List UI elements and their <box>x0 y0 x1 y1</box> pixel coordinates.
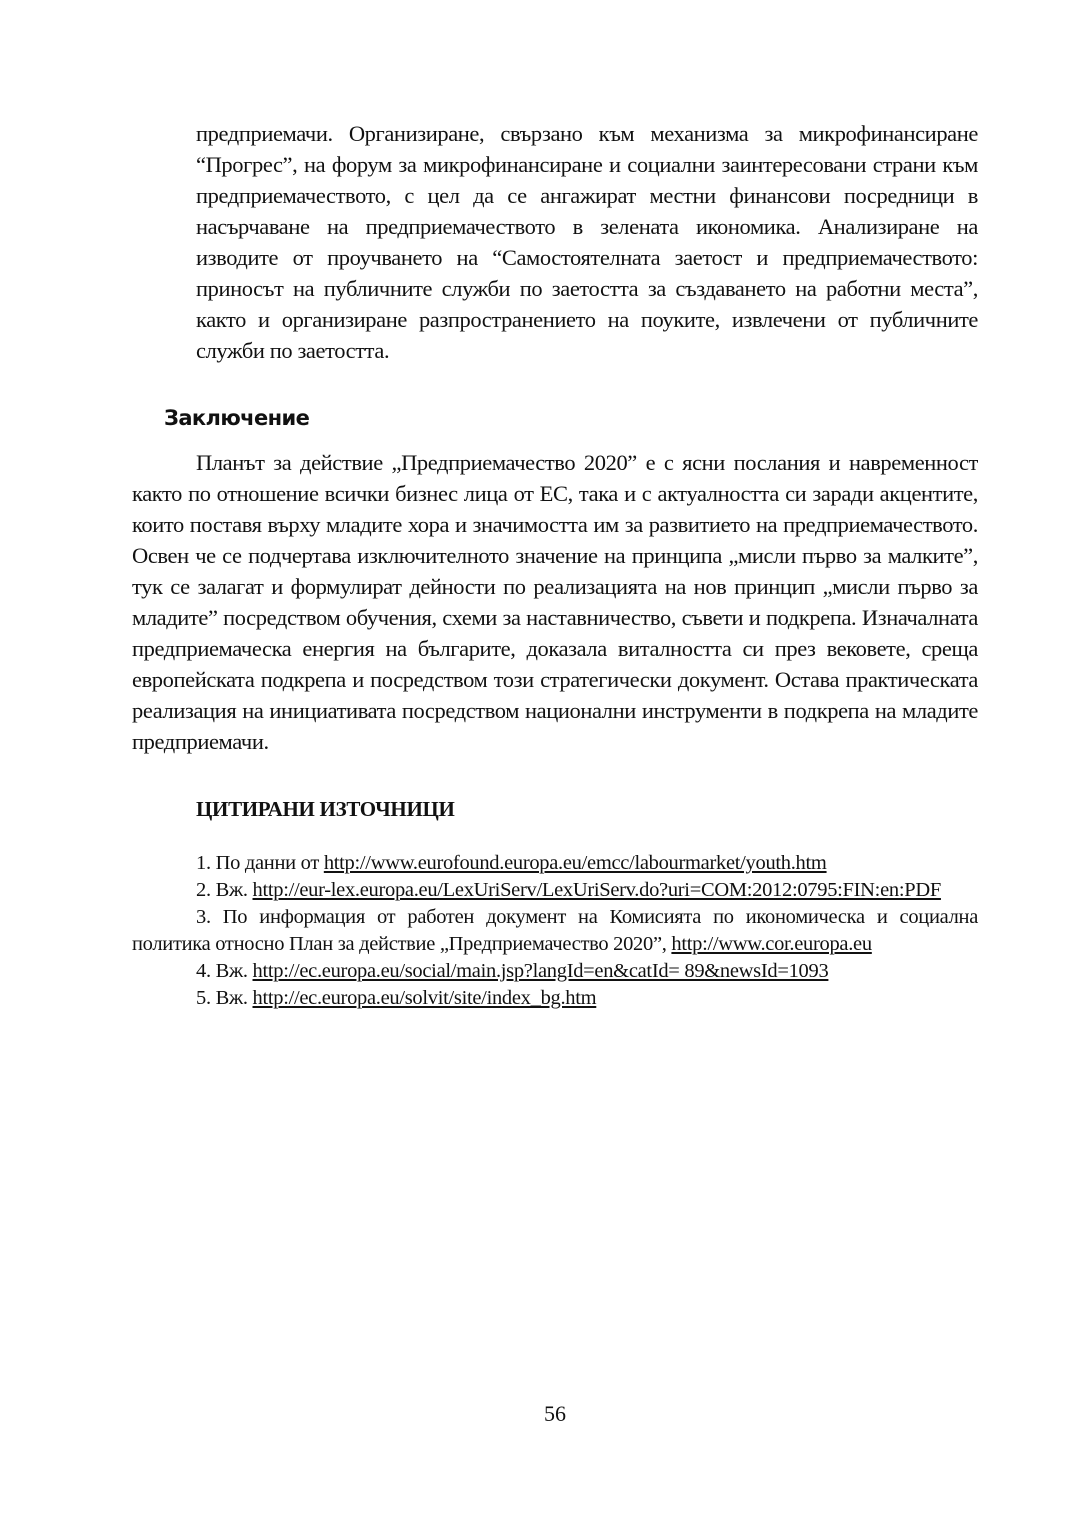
reference-text: 1. По данни от <box>196 852 324 874</box>
reference-item: 4. Вж. http://ec.europa.eu/social/main.j… <box>132 958 978 985</box>
references-list: 1. По данни от http://www.eurofound.euro… <box>132 850 978 1012</box>
continued-paragraph: предприемачи. Организиране, свързано към… <box>196 118 978 366</box>
page-number: 56 <box>0 1401 1080 1427</box>
reference-link[interactable]: http://ec.europa.eu/social/main.jsp?lang… <box>253 960 829 982</box>
reference-text: 2. Вж. <box>196 879 253 901</box>
reference-item: 1. По данни от http://www.eurofound.euro… <box>132 850 978 877</box>
conclusion-paragraph: Планът за действие „Предприемачество 202… <box>132 447 978 757</box>
reference-item: 2. Вж. http://eur-lex.europa.eu/LexUriSe… <box>132 877 978 904</box>
reference-link[interactable]: http://ec.europa.eu/solvit/site/index_bg… <box>253 987 597 1009</box>
paragraph-text: предприемачи. Организиране, свързано към… <box>196 118 978 366</box>
paragraph-text: Планът за действие „Предприемачество 202… <box>132 447 978 757</box>
document-page: предприемачи. Организиране, свързано към… <box>0 0 1080 1534</box>
reference-link[interactable]: http://eur-lex.europa.eu/LexUriServ/LexU… <box>253 879 941 901</box>
reference-text: 4. Вж. <box>196 960 253 982</box>
reference-link[interactable]: http://www.eurofound.europa.eu/emcc/labo… <box>324 852 827 874</box>
reference-item: 3. По информация от работен документ на … <box>132 904 978 958</box>
section-heading-conclusion: Заключение <box>164 406 309 430</box>
references-heading: ЦИТИРАНИ ИЗТОЧНИЦИ <box>196 797 455 822</box>
reference-text: 5. Вж. <box>196 987 253 1009</box>
reference-link[interactable]: http://www.cor.europa.eu <box>671 933 871 955</box>
reference-item: 5. Вж. http://ec.europa.eu/solvit/site/i… <box>132 985 978 1012</box>
